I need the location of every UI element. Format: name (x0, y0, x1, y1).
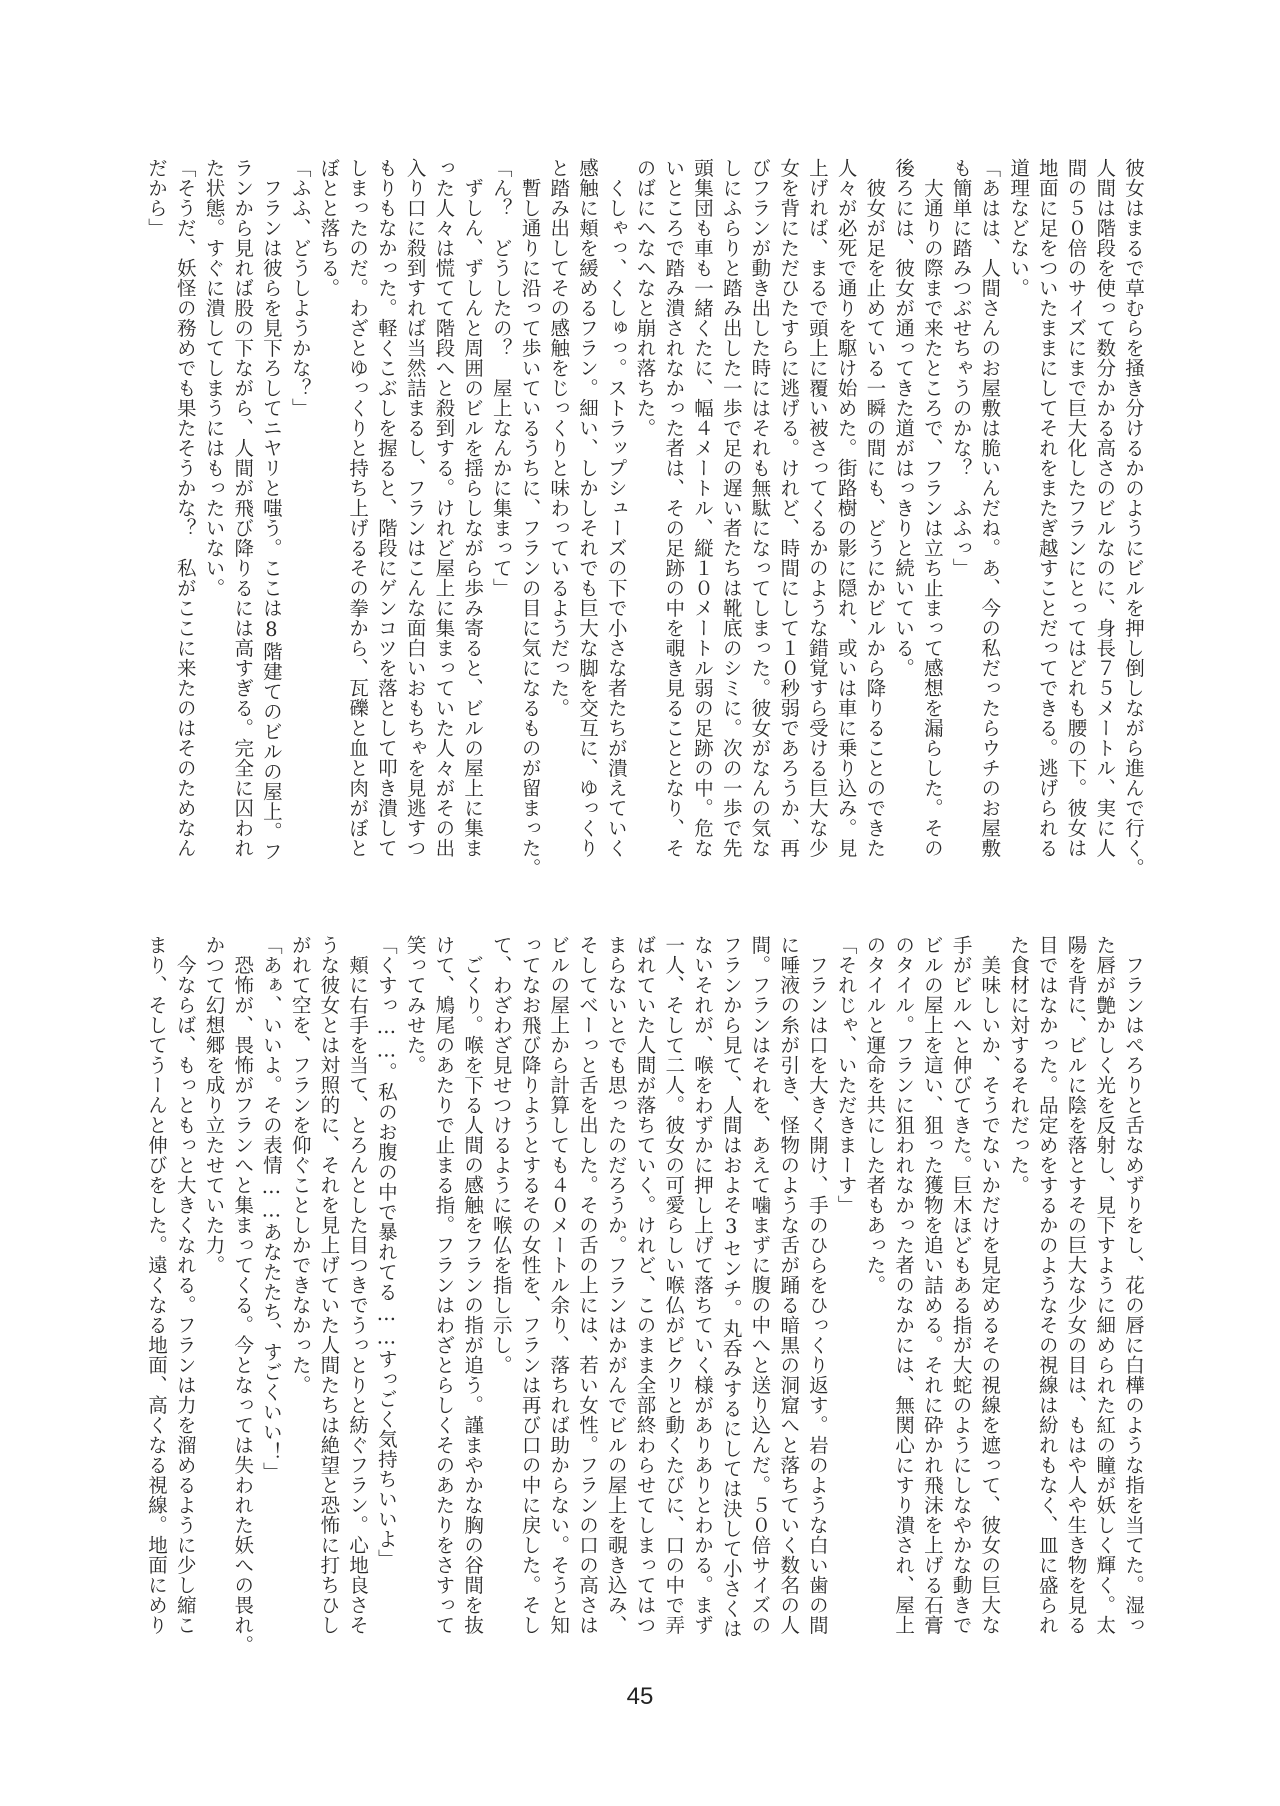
text-column: そしてべーっと舌を出した。その舌の上には、若い女性。フランの口の高さは (576, 935, 598, 1635)
text-column: と踏み出してその感触をじっくりと味わっているようだった。 (547, 158, 569, 718)
text-column: フランから見て、人間はおよそ3センチ。丸呑みするにしては決して小さくは (720, 935, 742, 1639)
text-column: フランは彼らを見下ろしてニヤリと嗤う。ここは8階建てのビルの屋上。フ (260, 158, 282, 862)
text-column: 人間は階段を使って数分かかる高さのビルなのに、身長７５メートル、実に人 (1093, 158, 1115, 858)
text-column: た唇が艶かしく光を反射し、見下すように細められた紅の瞳が妖しく輝く。太 (1093, 935, 1115, 1635)
text-column: 感触に頬を緩めるフラン。細い、しかしそれでも巨大な脚を交互に、ゆっくり (576, 158, 598, 858)
text-column: 笑ってみせた。 (404, 935, 426, 1075)
text-column: 「あはは、人間さんのお屋敷は脆いんだね。あ、今の私だったらウチのお屋敷 (978, 158, 1000, 858)
text-column: かつて幻想郷を成り立たせていた力。 (203, 935, 225, 1275)
text-column: だから」 (145, 158, 167, 238)
document-page: 彼女はまるで草むらを掻き分けるかのようにビルを押し倒しながら進んで行く。人間は階… (0, 0, 1280, 1806)
text-column: 頬に右手を当て、とろんとした目つきでうっとりと紡ぐフラン。心地良さそ (346, 935, 368, 1635)
text-column: のタイルと運命を共にした者もあった。 (863, 935, 885, 1295)
text-column: びフランが動き出した時にはそれも無駄になってしまった。彼女がなんの気な (748, 158, 770, 858)
text-column: ビルの屋上を這い、狙った獲物を追い詰める。それに砕かれ飛沫を上げる石膏 (921, 935, 943, 1635)
text-column: いところで踏み潰されなかった者は、その足跡の中を覗き見ることとなり、そ (662, 158, 684, 858)
text-column: 入り口に殺到すれば当然詰まるし、フランはこんな面白いおもちゃを見逃すつ (404, 158, 426, 858)
text-column: 彼女が足を止めている一瞬の間にも、どうにかビルから降りることのできた (863, 158, 885, 858)
text-column: ずしん、ずしんと周囲のビルを揺らしながら歩み寄ると、ビルの屋上に集ま (461, 158, 483, 858)
text-column: 「ん？ どうしたの？ 屋上なんかに集まって」 (490, 158, 512, 598)
text-column: まり、そしてうーんと伸びをした。遠くなる地面、高くなる視線。地面にめり (145, 935, 167, 1635)
page-number: 45 (610, 1683, 670, 1711)
text-column: 上げれば、まるで頭上に覆い被さってくるかのような錯覚すら受ける巨大な少 (806, 158, 828, 858)
text-column: も簡単に踏みつぶせちゃうのかな？ ふふっ」 (950, 158, 972, 578)
text-column: 恐怖が、畏怖がフランへと集まってくる。今となっては失われた妖への畏れ。 (231, 935, 253, 1655)
text-column: 今ならば、もっともっと大きくなれる。フランは力を溜めるように少し縮こ (174, 935, 196, 1635)
text-column: ばれていた人間が落ちていく。けれど、このまま全部終わらせてしまってはつ (634, 935, 656, 1635)
text-column: 道理などない。 (1007, 158, 1029, 298)
text-column: うな彼女とは対照的に、それを見上げていた人間たちは絶望と恐怖に打ちひし (317, 935, 339, 1635)
text-column: しにふらりと踏み出した一歩で足の遅い者たちは靴底のシミに。次の一歩で先 (720, 158, 742, 858)
text-column: 頭集団も車も一緒くたに、幅４メートル、縦１０メートル弱の足跡の中。危な (691, 158, 713, 858)
text-column: 間。フランはそれを、あえて噛まずに腹の中へと送り込んだ。５０倍サイズの (748, 935, 770, 1635)
text-column: のばにへなへなと崩れ落ちた。 (634, 158, 656, 438)
text-column: ないそれが、喉をわずかに押し上げて落ちていく様がありありとわかる。まず (691, 935, 713, 1635)
text-column: に唾液の糸が引き、怪物のような舌が踊る暗黒の洞窟へと落ちていく数名の人 (777, 935, 799, 1635)
text-column: 手がビルへと伸びてきた。巨木ほどもある指が大蛇のようにしなやかな動きで (950, 935, 972, 1635)
text-column: ビルの屋上から計算しても４０メートル余り、落ちれば助からない。そうと知 (547, 935, 569, 1635)
text-column: ってなお飛び降りようとするその女性を、フランは再び口の中に戻した。そし (519, 935, 541, 1635)
text-column: けて、鳩尾のあたりで止まる指。フランはわざとらしくそのあたりをさすって (432, 935, 454, 1635)
text-column: 一人、そして二人。彼女の可愛らしい喉仏がピクリと動くたびに、口の中で弄 (662, 935, 684, 1635)
text-column: 「ふふ、どうしようかな？」 (289, 158, 311, 418)
text-column: 陽を背に、ビルに陰を落とすその巨大な少女の目は、もはや人や生き物を見る (1065, 935, 1087, 1635)
text-column: 人々が必死で通りを駆け始めた。街路樹の影に隠れ、或いは車に乗り込み。見 (835, 158, 857, 858)
text-column: 後ろには、彼女が通ってきた道がはっきりと続いている。 (892, 158, 914, 678)
text-column: 彼女はまるで草むらを掻き分けるかのようにビルを押し倒しながら進んで行く。 (1122, 158, 1144, 878)
text-column: フランは口を大きく開け、手のひらをひっくり返す。岩のような白い歯の間 (806, 935, 828, 1635)
text-column: った人々は慌てて階段へと殺到する。けれど屋上に集まっていた人々がその出 (432, 158, 454, 858)
text-column: ランから見れば股の下ながら、人間が飛び降りるには高すぎる。完全に囚われ (231, 158, 253, 858)
text-column: 暫し通りに沿って歩いているうちに、フランの目に気になるものが留まった。 (519, 158, 541, 878)
text-column: 女を背にただひたすらに逃げる。けれど、時間にして１０秒弱であろうか、再 (777, 158, 799, 858)
text-column: 大通りの際まで来たところで、フランは立ち止まって感想を漏らした。その (921, 158, 943, 858)
text-column: 地面に足をついたままにしてそれをまたぎ越すことだってできる。逃げられる (1036, 158, 1058, 858)
text-column: ごくり。喉を下る人間の感触をフランの指が追う。謹まやかな胸の谷間を抜 (461, 935, 483, 1635)
text-column: 目ではなかった。品定めをするかのようなその視線は紛れもなく、皿に盛られ (1036, 935, 1058, 1635)
text-column: しまったのだ。わざとゆっくりと持ち上げるその拳から、瓦礫と血と肉がぼと (346, 158, 368, 858)
text-column: 「それじゃ、いただきまーす」 (835, 935, 857, 1215)
text-column: くしゃっ、くしゅっ。ストラップシューズの下で小さな者たちが潰えていく (605, 158, 627, 858)
text-column: 美味しいか、そうでないかだけを見定めるその視線を遮って、彼女の巨大な (978, 935, 1000, 1635)
text-column: のタイル。フランに狙われなかった者のなかには、無関心にすり潰され、屋上 (892, 935, 914, 1635)
text-column: て、わざわざ見せつけるように喉仏を指し示し。 (490, 935, 512, 1375)
text-column: もりもなかった。軽くこぶしを握ると、階段にゲンコツを落として叩き潰して (375, 158, 397, 858)
text-column: がれて空を、フランを仰ぐことしかできなかった。 (289, 935, 311, 1395)
text-column: 「あぁ、いいよ。その表情……あなたたち、すごくいい！」 (260, 935, 282, 1482)
text-column: 「そうだ、妖怪の務めでも果たそうかな？ 私がここに来たのはそのためなん (174, 158, 196, 858)
text-column: た食材に対するそれだった。 (1007, 935, 1029, 1195)
text-column: ぼとと落ちる。 (317, 158, 339, 298)
text-column: た状態。すぐに潰してしまうにはもったいない。 (203, 158, 225, 598)
text-column: 「くすっ……。私のお腹の中で暴れてる……すっごく気持ちいいよ」 (375, 935, 397, 1569)
text-column: 間の５０倍のサイズにまで巨大化したフランにとってはどれも腰の下。彼女は (1065, 158, 1087, 858)
text-column: まらないとでも思ったのだろうか。フランはかがんでビルの屋上を覗き込み、 (605, 935, 627, 1635)
text-column: フランはぺろりと舌なめずりをし、花の唇に白樺のような指を当てた。湿っ (1122, 935, 1144, 1635)
